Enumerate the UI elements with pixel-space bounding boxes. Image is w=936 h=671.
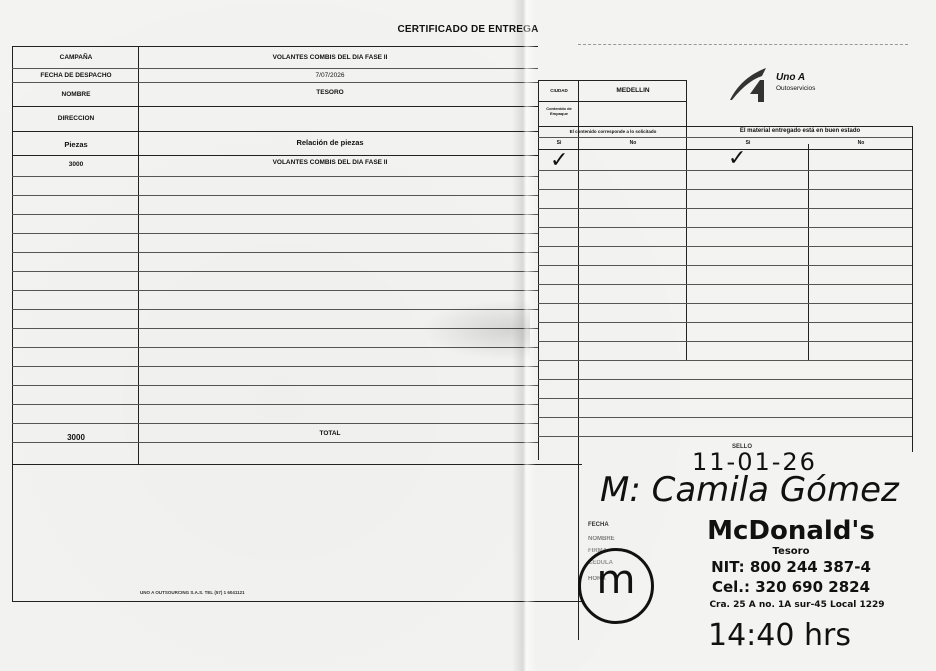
rule xyxy=(538,208,912,209)
uno-a-logo-icon xyxy=(728,66,772,104)
rule xyxy=(538,322,912,323)
q1-no-header: No xyxy=(580,140,686,146)
rule xyxy=(12,195,538,196)
q2-no-header: No xyxy=(810,140,912,146)
column-header-pieces: Piezas xyxy=(14,140,138,149)
rule xyxy=(538,284,912,285)
rule xyxy=(538,436,912,437)
field-label-name: NOMBRE xyxy=(14,91,138,98)
rule xyxy=(12,442,538,443)
uno-a-logo: Uno A Outoservicios xyxy=(728,66,848,106)
field-label-dispatch-date: FECHA DE DESPACHO xyxy=(14,72,138,79)
rule xyxy=(12,106,538,107)
rule xyxy=(538,227,912,228)
rule xyxy=(538,360,912,361)
rule xyxy=(538,101,686,102)
rule xyxy=(538,303,912,304)
mcdonalds-logo-circle: m xyxy=(578,548,654,624)
rule xyxy=(12,366,538,367)
rule xyxy=(538,189,912,190)
logo-brand: Uno A xyxy=(776,72,805,83)
left-col-divider xyxy=(138,46,139,464)
rule xyxy=(538,341,912,342)
footer-company-text: UNO A OUTSOURCING S.A.S. TEL (57) 1 6041… xyxy=(140,590,245,595)
form-label-date: FECHA xyxy=(588,522,609,528)
row-qty: 3000 xyxy=(14,161,138,168)
question-contents: El contenido corresponde a lo solicitado xyxy=(540,129,686,134)
rule xyxy=(12,464,582,465)
rule xyxy=(538,137,912,138)
city-value: MEDELLIN xyxy=(580,87,686,94)
handwritten-time: 14:40 hrs xyxy=(708,618,851,653)
rule xyxy=(12,155,538,156)
question-condition: El material entregado está en buen estad… xyxy=(688,128,912,134)
q1-yes-header: Si xyxy=(540,140,578,146)
right-table-border xyxy=(912,126,913,452)
rule xyxy=(538,170,912,171)
rule xyxy=(12,423,538,424)
rule xyxy=(12,252,538,253)
contents-label: Contenido de Empaque xyxy=(540,106,578,116)
rule xyxy=(538,379,912,380)
handwritten-signature: M: Camila Gómez xyxy=(600,470,899,510)
field-value-campaign: VOLANTES COMBIS DEL DIA FASE II xyxy=(140,54,520,61)
rule xyxy=(538,246,912,247)
column-header-relation: Relación de piezas xyxy=(140,138,520,147)
field-value-dispatch-date: 7/07/2026 xyxy=(140,72,520,79)
stamp-phone: Cel.: 320 690 2824 xyxy=(686,578,896,596)
q2-yes-checkmark: ✓ xyxy=(728,148,746,170)
stamp-address: Cra. 25 A no. 1A sur-45 Local 1229 xyxy=(682,600,912,610)
rule xyxy=(12,385,538,386)
field-label-address: DIRECCION xyxy=(14,115,138,122)
rule xyxy=(12,404,538,405)
rule xyxy=(12,290,538,291)
rule xyxy=(12,601,582,602)
rule xyxy=(538,126,912,127)
rule xyxy=(12,131,538,132)
rule xyxy=(12,176,538,177)
rule xyxy=(538,417,912,418)
rule xyxy=(12,46,538,47)
delivery-certificate-page: CERTIFICADO DE ENTREGA CAMPAÑA VOLANTES … xyxy=(0,0,936,671)
rule xyxy=(12,68,538,69)
rule xyxy=(12,82,538,83)
rule xyxy=(538,149,912,150)
form-label-name: NOMBRE xyxy=(588,536,615,542)
stamp-company: McDonald's xyxy=(686,516,896,546)
mcdonalds-m-icon: m xyxy=(581,557,651,603)
logo-subtitle: Outoservicios xyxy=(776,85,815,92)
left-table-border xyxy=(12,46,13,602)
field-value-name: TESORO xyxy=(140,89,520,96)
row-description: VOLANTES COMBIS DEL DIA FASE II xyxy=(140,159,520,166)
total-label: TOTAL xyxy=(140,430,520,437)
rule xyxy=(12,271,538,272)
rule xyxy=(12,214,538,215)
rule xyxy=(538,398,912,399)
document-title: CERTIFICADO DE ENTREGA xyxy=(0,24,936,35)
rule xyxy=(538,80,686,81)
stamp-nit: NIT: 800 244 387-4 xyxy=(686,558,896,576)
right-col-divider xyxy=(808,144,809,360)
q2-yes-header: Si xyxy=(688,140,808,146)
rule xyxy=(578,44,908,45)
right-col-divider xyxy=(686,80,687,360)
field-label-campaign: CAMPAÑA xyxy=(14,54,138,61)
total-qty: 3000 xyxy=(14,433,138,442)
rule xyxy=(12,233,538,234)
paper-crease xyxy=(420,300,530,360)
rule xyxy=(538,265,912,266)
city-label: CIUDAD xyxy=(540,88,578,93)
q1-yes-checkmark: ✓ xyxy=(550,150,568,172)
stamp-branch: Tesoro xyxy=(686,546,896,557)
